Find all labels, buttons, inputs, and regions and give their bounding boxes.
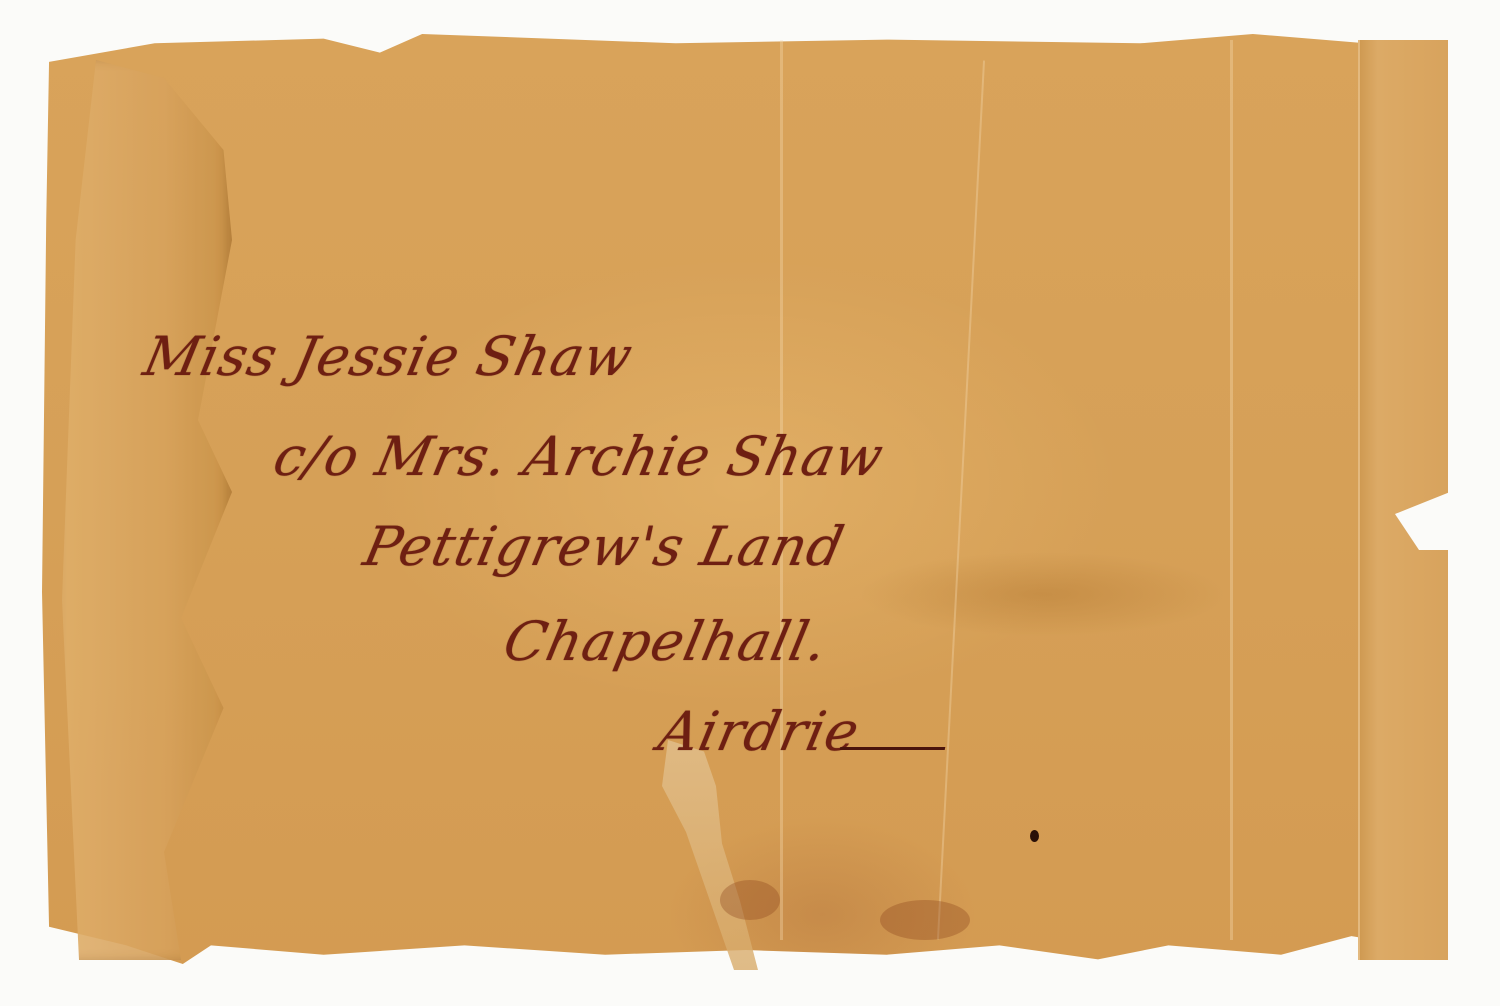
address-line-village: Chapelhall.	[498, 610, 833, 673]
envelope-scan: Miss Jessie Shaw c/o Mrs. Archie Shaw Pe…	[0, 0, 1500, 1006]
recipient-address: Miss Jessie Shaw c/o Mrs. Archie Shaw Pe…	[0, 0, 1500, 1006]
address-line-town: Airdrie	[653, 700, 865, 763]
address-line-name: Miss Jessie Shaw	[138, 325, 638, 388]
address-line-street: Pettigrew's Land	[358, 515, 850, 578]
town-underline	[840, 747, 946, 750]
address-line-care-of: c/o Mrs. Archie Shaw	[268, 425, 889, 488]
